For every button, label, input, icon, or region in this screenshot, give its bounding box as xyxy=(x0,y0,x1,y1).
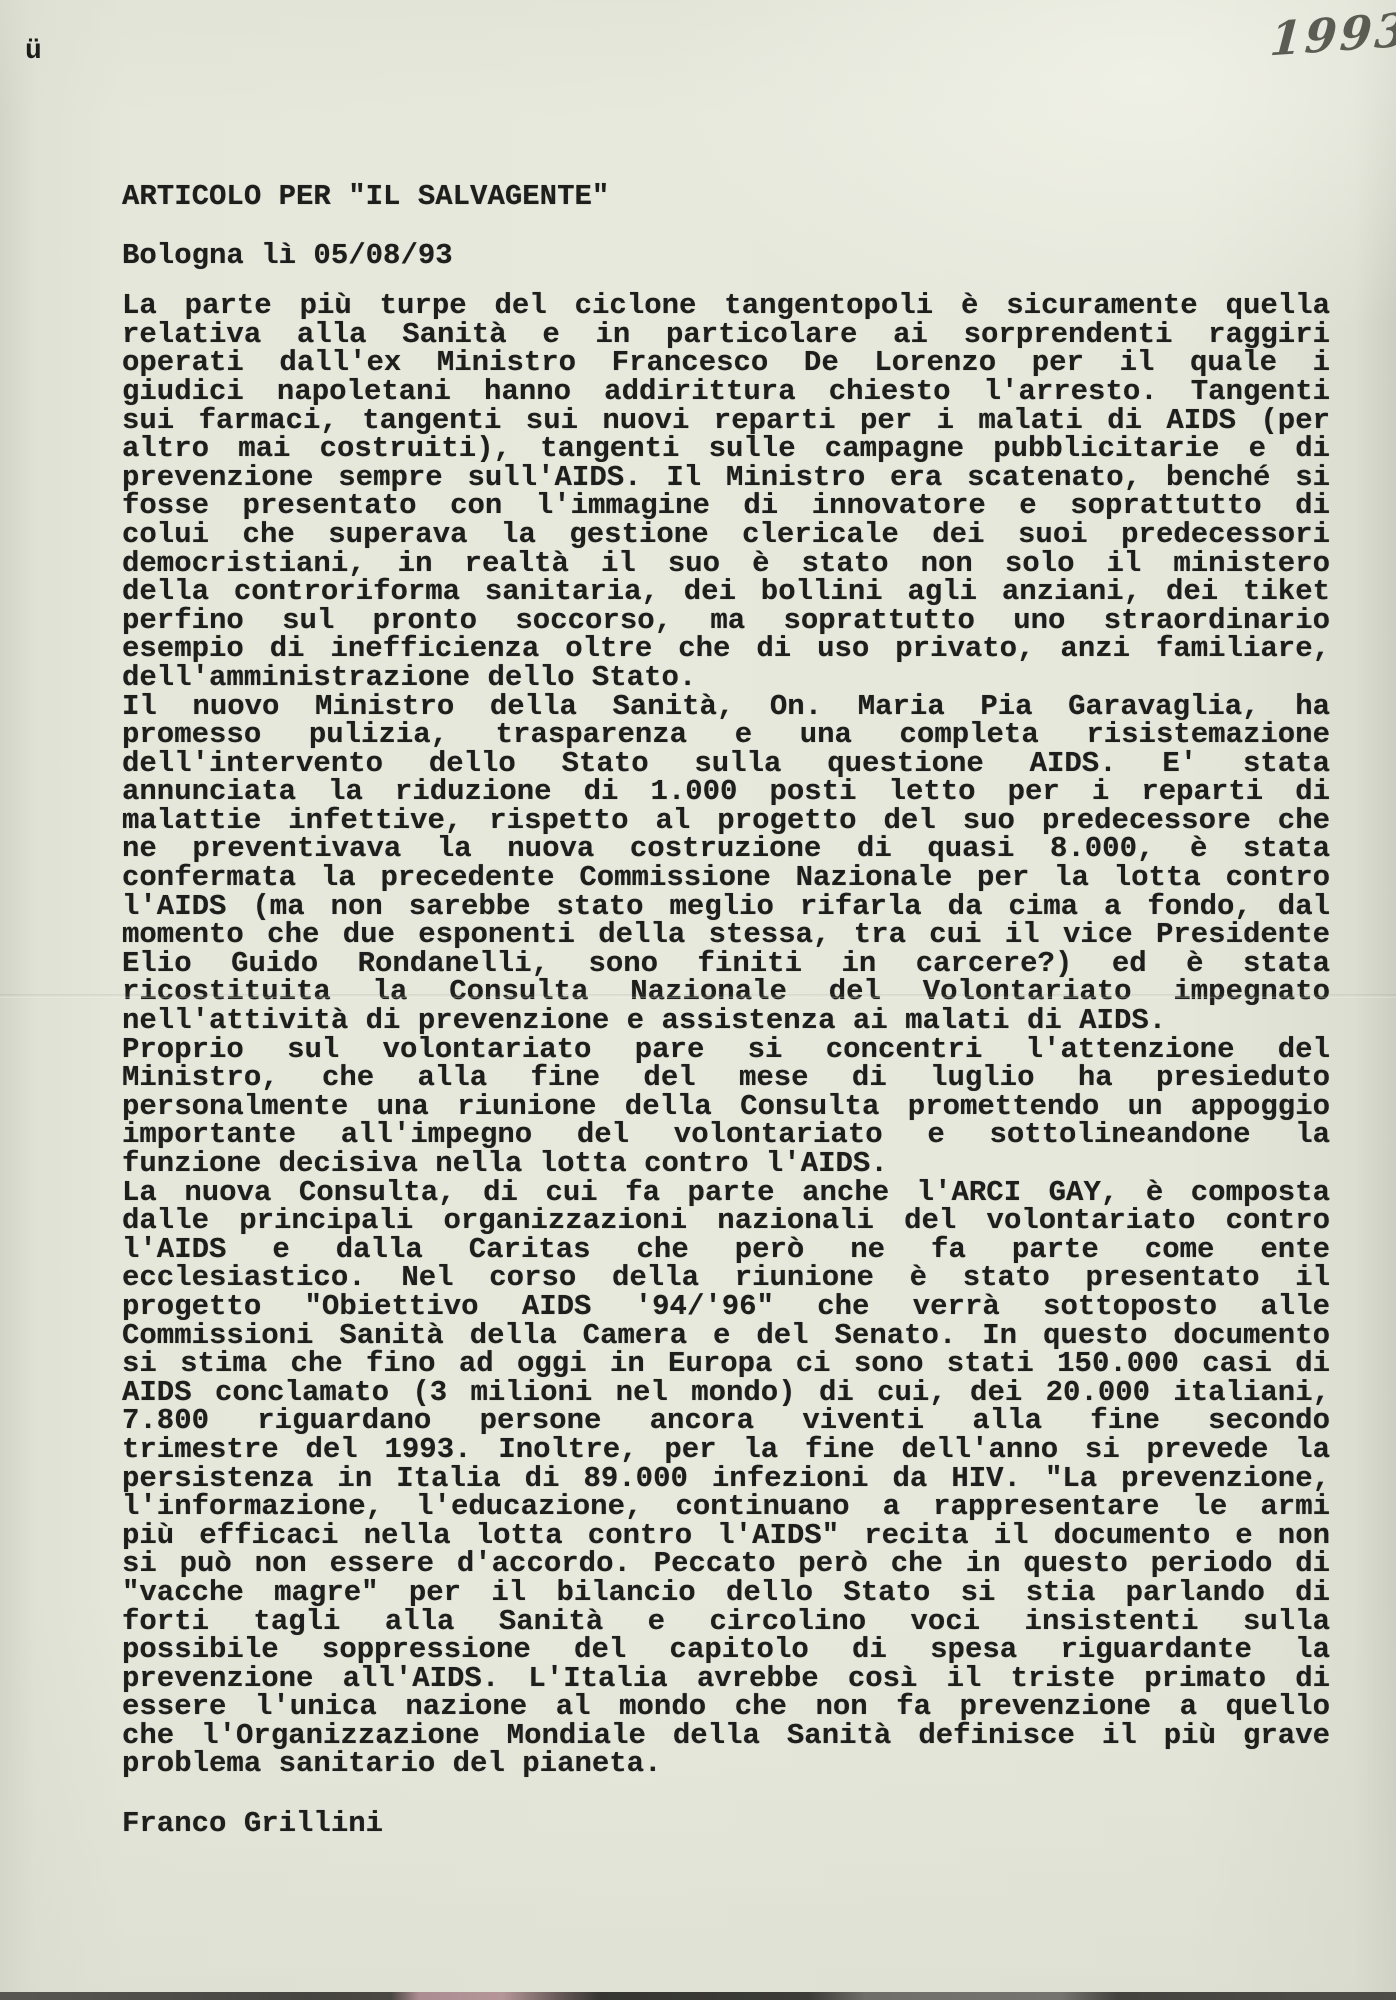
scan-bottom-edge xyxy=(0,1992,1396,2000)
article-content: ARTICOLO PER "IL SALVAGENTE" Bologna lì … xyxy=(122,183,1330,1839)
scanned-page: ü 1993 ARTICOLO PER "IL SALVAGENTE" Bolo… xyxy=(0,0,1396,2000)
text-line: l'informazione, l'educazione, continuano… xyxy=(122,1493,1330,1522)
text-line: AIDS conclamato (3 milioni nel mondo) di… xyxy=(122,1379,1330,1408)
text-line: 7.800 riguardano persone ancora viventi … xyxy=(122,1407,1330,1436)
text-line: progetto "Obiettivo AIDS '94/'96" che ve… xyxy=(122,1293,1330,1322)
text-line: malattie infettive, rispetto al progetto… xyxy=(122,807,1330,836)
text-line: relativa alla Sanità e in particolare ai… xyxy=(122,321,1330,350)
text-line: della controriforma sanitaria, dei bolli… xyxy=(122,578,1330,607)
text-line: dell'intervento dello Stato sulla questi… xyxy=(122,750,1330,779)
text-line: essere l'unica nazione al mondo che non … xyxy=(122,1693,1330,1722)
paragraph: La parte più turpe del ciclone tangentop… xyxy=(122,292,1330,692)
text-line: importante all'impegno del volontariato … xyxy=(122,1121,1330,1150)
text-line: promesso pulizia, trasparenza e una comp… xyxy=(122,721,1330,750)
text-line: prevenzione sempre sull'AIDS. Il Ministr… xyxy=(122,464,1330,493)
text-line: trimestre del 1993. Inoltre, per la fine… xyxy=(122,1436,1330,1465)
text-line: nell'attività di prevenzione e assistenz… xyxy=(122,1007,1330,1036)
text-line: operati dall'ex Ministro Francesco De Lo… xyxy=(122,349,1330,378)
text-line: Commissioni Sanità della Camera e del Se… xyxy=(122,1322,1330,1351)
text-line: sui farmaci, tangenti sui nuovi reparti … xyxy=(122,407,1330,436)
text-line: momento che due esponenti della stessa, … xyxy=(122,921,1330,950)
text-line: fosse presentato con l'immagine di innov… xyxy=(122,492,1330,521)
text-line: La nuova Consulta, di cui fa parte anche… xyxy=(122,1179,1330,1208)
paragraph: La nuova Consulta, di cui fa parte anche… xyxy=(122,1179,1330,1779)
text-line: ecclesiastico. Nel corso della riunione … xyxy=(122,1264,1330,1293)
text-line: "vacche magre" per il bilancio dello Sta… xyxy=(122,1579,1330,1608)
text-line: prevenzione all'AIDS. L'Italia avrebbe c… xyxy=(122,1665,1330,1694)
text-line: funzione decisiva nella lotta contro l'A… xyxy=(122,1150,1330,1179)
text-line: personalmente una riunione della Consult… xyxy=(122,1093,1330,1122)
text-line: che l'Organizzazione Mondiale della Sani… xyxy=(122,1722,1330,1751)
text-line: persistenza in Italia di 89.000 infezion… xyxy=(122,1465,1330,1494)
text-line: si può non essere d'accordo. Peccato per… xyxy=(122,1550,1330,1579)
dateline: Bologna lì 05/08/93 xyxy=(122,242,1330,271)
paragraph: Il nuovo Ministro della Sanità, On. Mari… xyxy=(122,693,1330,1036)
article-body: La parte più turpe del ciclone tangentop… xyxy=(122,292,1330,1779)
text-line: altro mai costruiti), tangenti sulle cam… xyxy=(122,435,1330,464)
text-line: perfino sul pronto soccorso, ma soprattu… xyxy=(122,607,1330,636)
text-line: si stima che fino ad oggi in Europa ci s… xyxy=(122,1350,1330,1379)
text-line: dell'amministrazione dello Stato. xyxy=(122,664,1330,693)
text-line: democristiani, in realtà il suo è stato … xyxy=(122,550,1330,579)
text-line: Proprio sul volontariato pare si concent… xyxy=(122,1036,1330,1065)
text-line: La parte più turpe del ciclone tangentop… xyxy=(122,292,1330,321)
handwritten-year-annotation: 1993 xyxy=(1268,2,1396,66)
text-line: Ministro, che alla fine del mese di lugl… xyxy=(122,1064,1330,1093)
text-line: Il nuovo Ministro della Sanità, On. Mari… xyxy=(122,693,1330,722)
text-line: giudici napoletani hanno addirittura chi… xyxy=(122,378,1330,407)
typed-corner-mark: ü xyxy=(25,36,42,67)
text-line: più efficaci nella lotta contro l'AIDS" … xyxy=(122,1522,1330,1551)
text-line: ricostituita la Consulta Nazionale del V… xyxy=(122,978,1330,1007)
text-line: l'AIDS e dalla Caritas che però ne fa pa… xyxy=(122,1236,1330,1265)
text-line: problema sanitario del pianeta. xyxy=(122,1750,1330,1779)
signature: Franco Grillini xyxy=(122,1810,1330,1839)
paragraph: Proprio sul volontariato pare si concent… xyxy=(122,1036,1330,1179)
text-line: annunciata la riduzione di 1.000 posti l… xyxy=(122,778,1330,807)
text-line: possibile soppressione del capitolo di s… xyxy=(122,1636,1330,1665)
text-line: esempio di inefficienza oltre che di uso… xyxy=(122,635,1330,664)
text-line: confermata la precedente Commissione Naz… xyxy=(122,864,1330,893)
text-line: colui che superava la gestione clericale… xyxy=(122,521,1330,550)
text-line: l'AIDS (ma non sarebbe stato meglio rifa… xyxy=(122,893,1330,922)
text-line: forti tagli alla Sanità e circolino voci… xyxy=(122,1608,1330,1637)
text-line: dalle principali organizzazioni nazional… xyxy=(122,1207,1330,1236)
text-line: Elio Guido Rondanelli, sono finiti in ca… xyxy=(122,950,1330,979)
article-title: ARTICOLO PER "IL SALVAGENTE" xyxy=(122,183,1330,212)
text-line: ne preventivava la nuova costruzione di … xyxy=(122,835,1330,864)
